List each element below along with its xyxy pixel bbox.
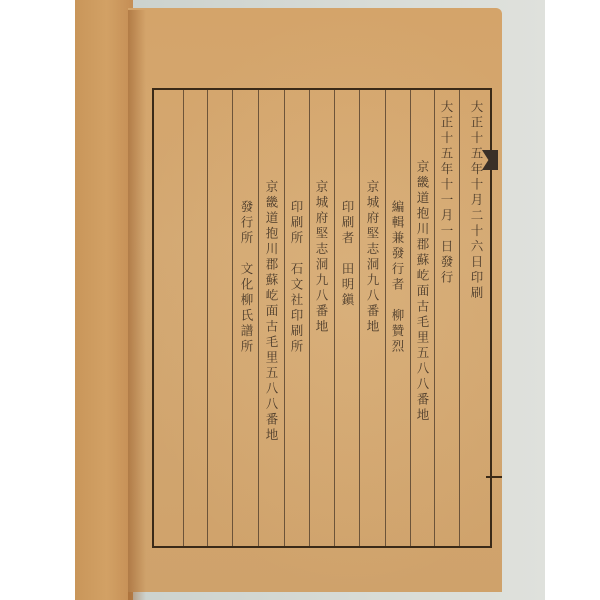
- column-rule: [183, 90, 184, 546]
- column-rule: [258, 90, 259, 546]
- column-rule: [309, 90, 310, 546]
- colophon-column-3: 京畿道抱川郡蘇屹面古毛里五八八番地: [412, 160, 432, 424]
- colophon-column-8: 印刷所 石文社印刷所: [286, 200, 306, 355]
- colophon-frame: 大正十五年十月二十六日印刷大正十五年十一月一日發行京畿道抱川郡蘇屹面古毛里五八八…: [152, 88, 492, 548]
- colophon-column-2: 大正十五年十一月一日發行: [436, 100, 456, 286]
- colophon-column-5: 京城府堅志洞九八番地: [362, 180, 382, 335]
- colophon-column-10: 發行所 文化柳氏譜所: [236, 200, 256, 355]
- spine-shadow: [128, 10, 146, 600]
- colophon-column-4: 編輯兼發行者 柳贊烈: [387, 200, 407, 355]
- colophon-column-7: 京城府堅志洞九八番地: [311, 180, 331, 335]
- column-rule: [232, 90, 233, 546]
- colophon-column-9: 京畿道抱川郡蘇屹面古毛里五八八番地: [261, 180, 281, 444]
- column-rule: [459, 90, 460, 546]
- column-rule: [385, 90, 386, 546]
- column-rule: [434, 90, 435, 546]
- column-rule: [359, 90, 360, 546]
- column-rule: [410, 90, 411, 546]
- colophon-column-6: 印刷者 田明鎭: [337, 200, 357, 309]
- column-rule: [207, 90, 208, 546]
- column-rule: [334, 90, 335, 546]
- colophon-column-1: 大正十五年十月二十六日印刷: [466, 100, 486, 302]
- column-rule: [284, 90, 285, 546]
- page-tick-mark: [486, 476, 502, 478]
- left-page-edge: [75, 0, 133, 600]
